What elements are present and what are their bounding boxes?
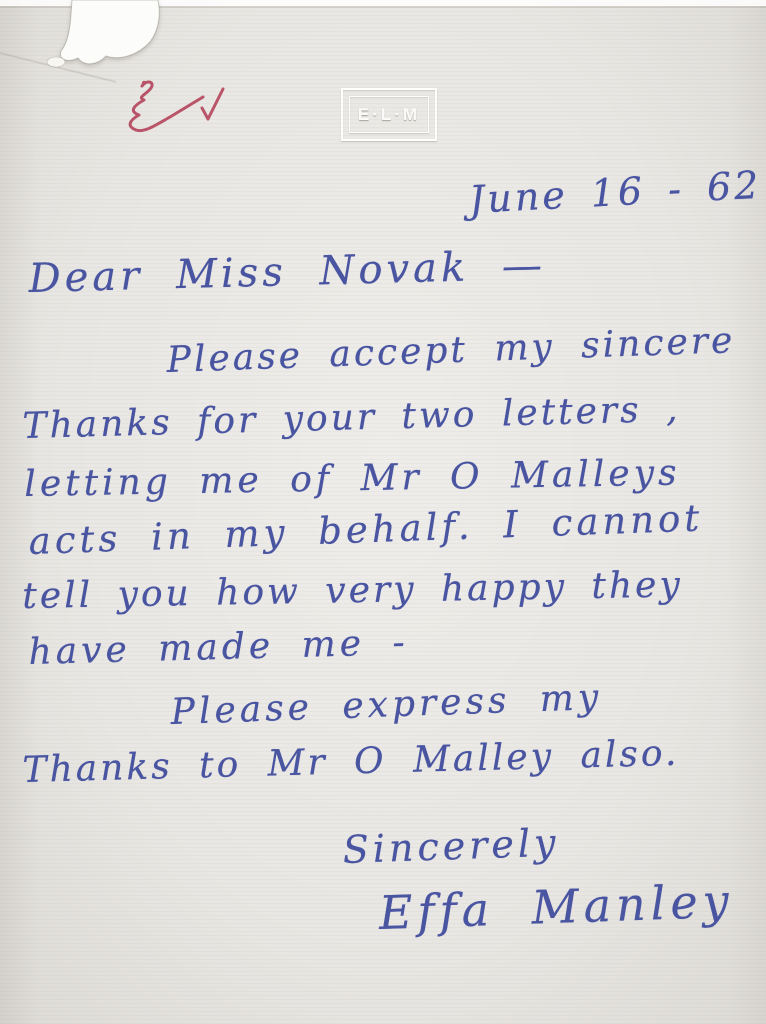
letter-scan: E·L·M June 16 - 62 Dear Miss Novak — Ple… <box>0 0 766 1024</box>
body-line: letting me of Mr O Malleys <box>24 453 681 505</box>
body-line: tell you how very happy they <box>22 564 683 617</box>
red-scribble-dot <box>142 81 146 85</box>
date-line: June 16 - 62 <box>468 163 762 222</box>
red-pencil-scribble <box>130 82 203 131</box>
body-line: have made me - <box>28 622 409 673</box>
body-line: acts in my behalf. I cannot <box>28 496 704 563</box>
signature: Effa Manley <box>378 874 734 940</box>
closing: Sincerely <box>342 820 560 872</box>
body-line: Thanks for your two letters , <box>22 389 681 447</box>
body-line: Please accept my sincere <box>166 320 736 381</box>
letterhead-embossed-box: E·L·M <box>341 88 437 141</box>
body-line: Please express my <box>170 677 603 733</box>
letterhead-monogram: E·L·M <box>358 105 420 125</box>
red-checkmark <box>202 89 223 119</box>
body-line: Thanks to Mr O Malley also. <box>22 733 680 791</box>
red-pencil-marks <box>118 70 268 160</box>
letterhead-inner-border: E·L·M <box>349 96 429 133</box>
